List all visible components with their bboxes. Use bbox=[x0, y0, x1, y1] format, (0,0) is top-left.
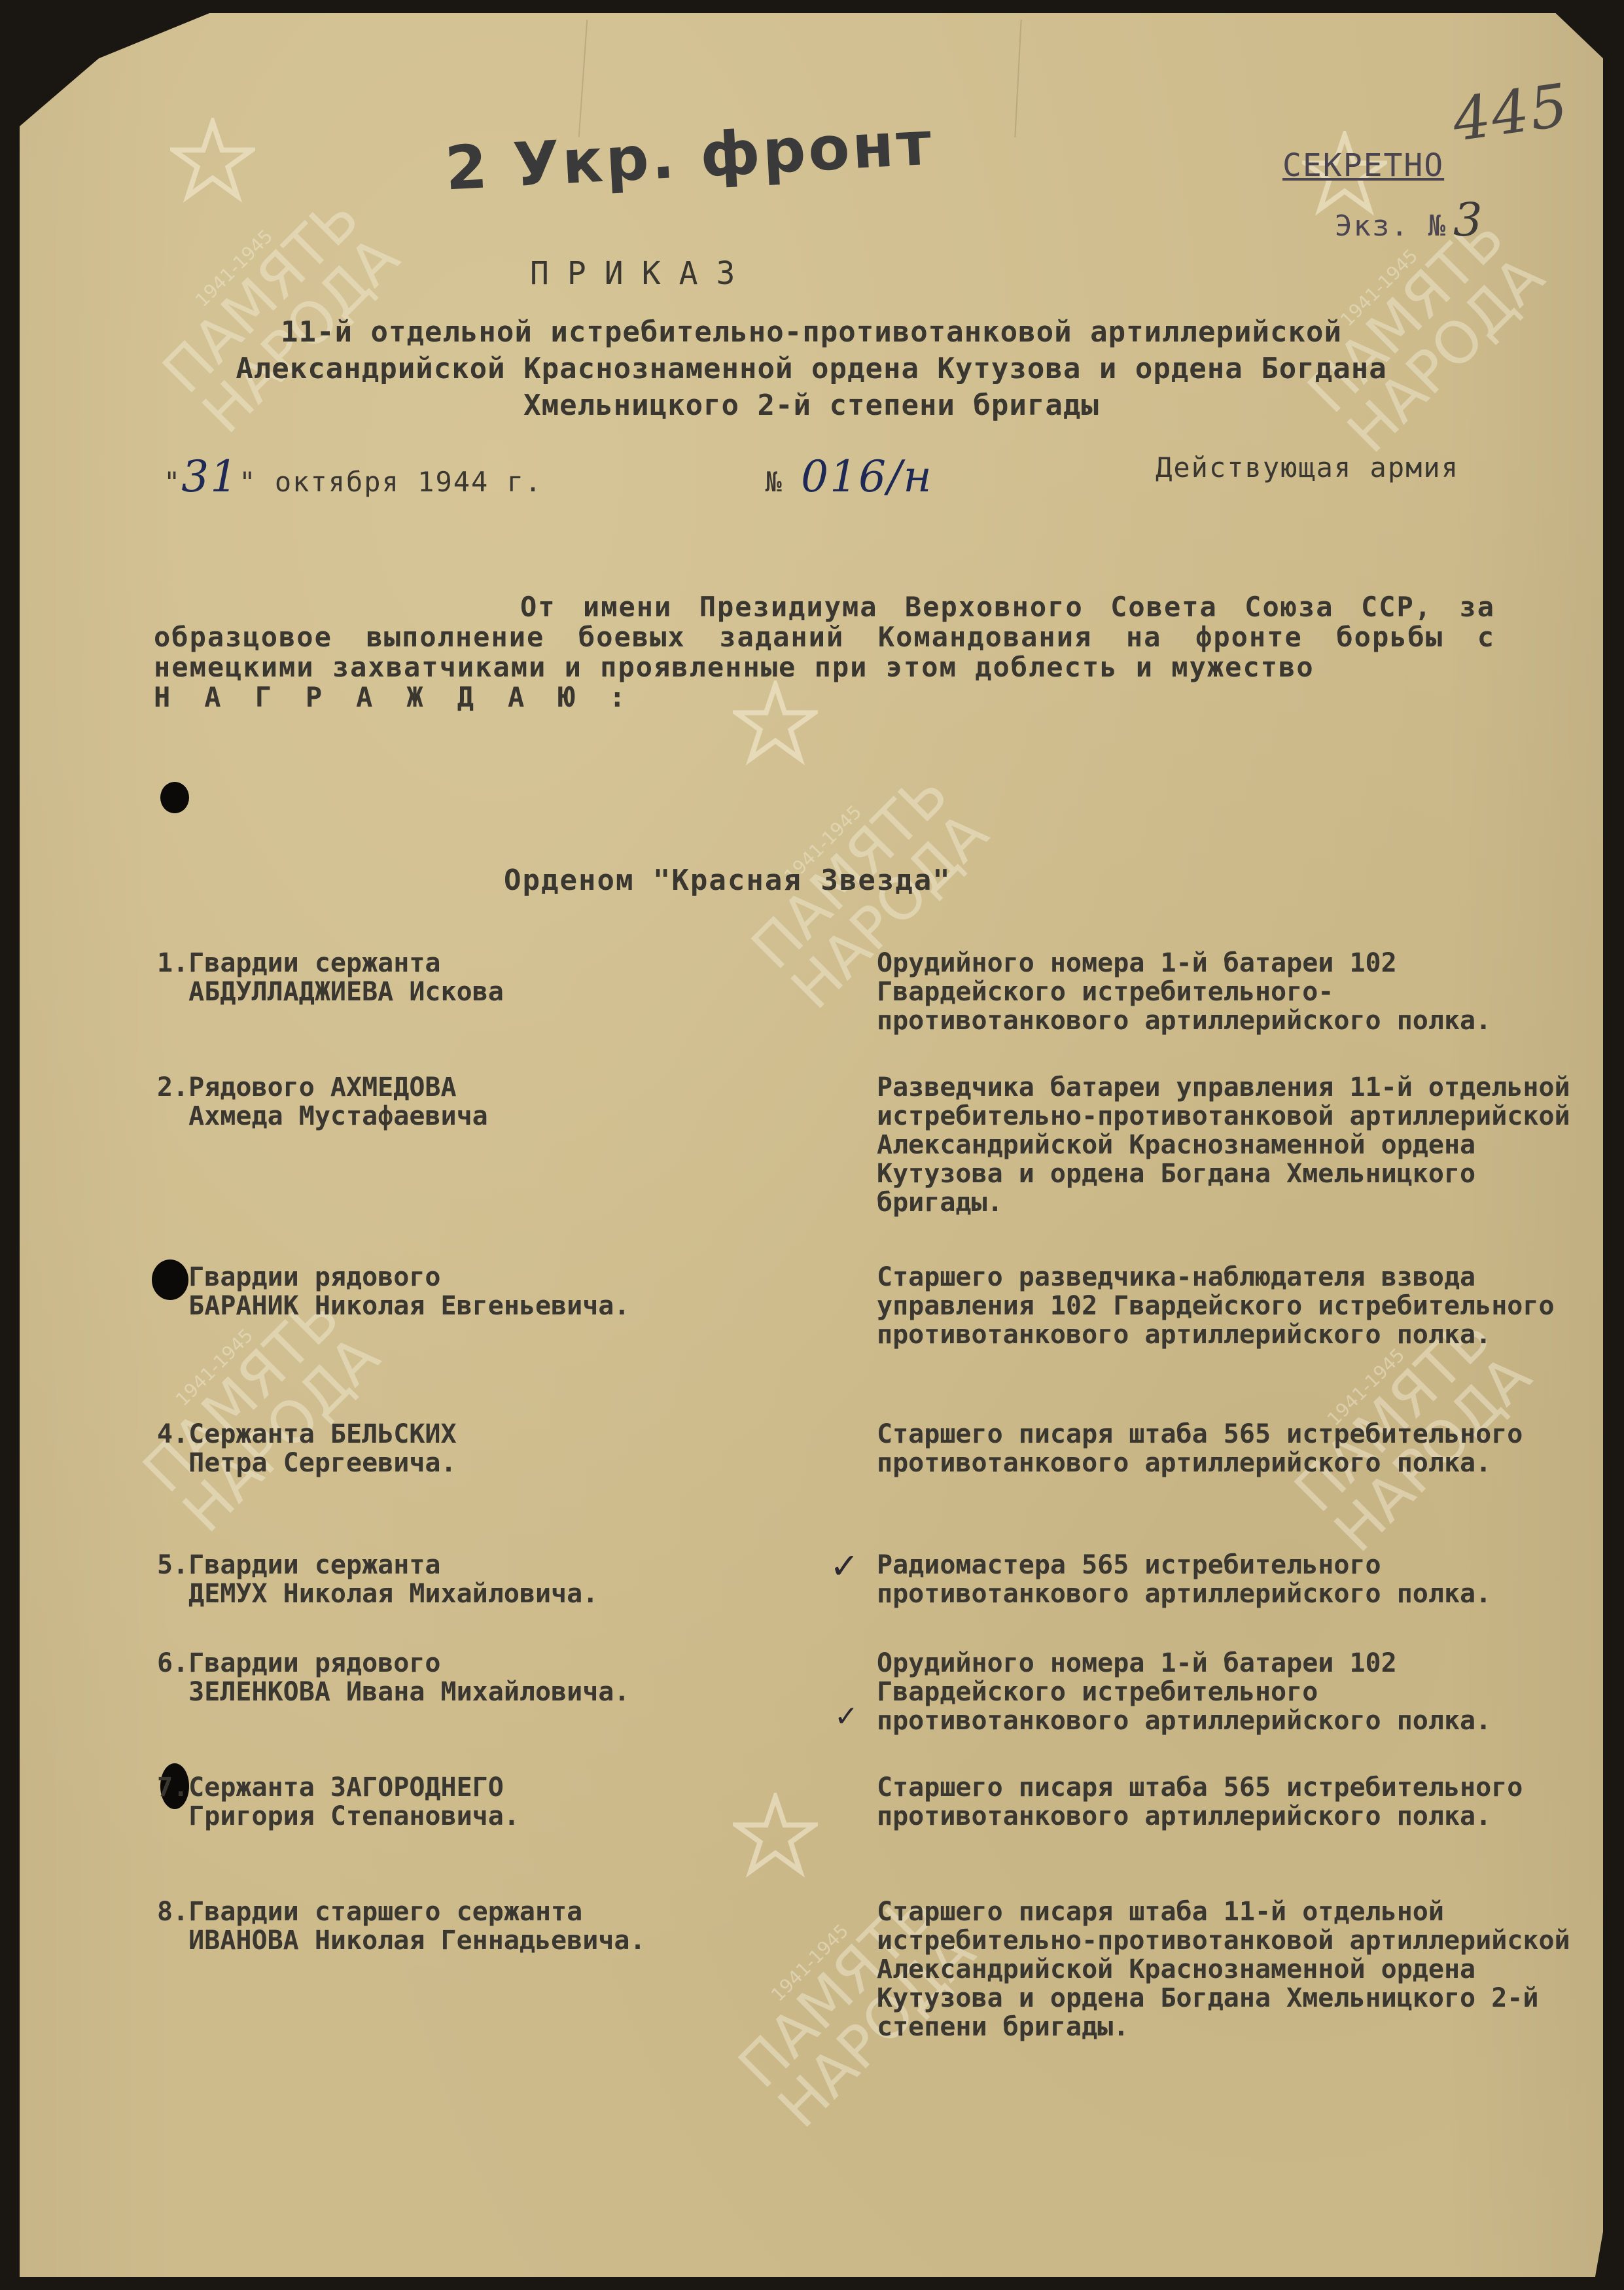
recipient-position: Старшего писаря штаба 565 истребительног… bbox=[877, 1773, 1583, 1831]
recipient-position: Орудийного номера 1-й батареи 102 Гварде… bbox=[877, 1649, 1583, 1735]
recipient-position: Старшего писаря штаба 11-й отдельной ист… bbox=[877, 1897, 1583, 2041]
order-date: "31" октября 1944 г. bbox=[164, 451, 542, 502]
date-line: "31" октября 1944 г. № 016/н Действующая… bbox=[164, 451, 1459, 502]
awarded-word: НАГРАЖДАЮ: bbox=[154, 682, 1495, 713]
recipient-name: 2.Рядового АХМЕДОВА Ахмеда Мустафаевича bbox=[157, 1073, 488, 1131]
recipient-name: 3.Гвардии рядового БАРАНИК Николая Евген… bbox=[157, 1263, 629, 1320]
award-heading: Орденом "Красная Звезда" bbox=[504, 864, 951, 897]
recipient-name: 7.Сержанта ЗАГОРОДНЕГО Григория Степанов… bbox=[157, 1773, 520, 1831]
document-title: ПРИКАЗ bbox=[530, 255, 753, 292]
checkmark-icon: ✓ bbox=[834, 1700, 858, 1733]
recipient-name: 6.Гвардии рядового ЗЕЛЕНКОВА Ивана Михай… bbox=[157, 1649, 629, 1706]
copy-number: Экз. №3 bbox=[1335, 193, 1484, 247]
order-number: № 016/н bbox=[766, 451, 933, 502]
punch-hole bbox=[160, 782, 189, 813]
order-location: Действующая армия bbox=[1156, 451, 1459, 502]
recipient-name: 1.Гвардии сержанта АБДУЛЛАДЖИЕВА Искова bbox=[157, 949, 504, 1006]
recipient-position: Старшего писаря штаба 565 истребительног… bbox=[877, 1420, 1583, 1477]
recipient-name: 8.Гвардии старшего сержанта ИВАНОВА Нико… bbox=[157, 1897, 646, 1955]
preamble: От имени Президиума Верховного Совета Со… bbox=[154, 592, 1495, 713]
recipient-position: Разведчика батареи управления 11-й отдел… bbox=[877, 1073, 1583, 1217]
recipient-name: 4.Сержанта БЕЛЬСКИХ Петра Сергеевича. bbox=[157, 1420, 457, 1477]
recipient-name: 5.Гвардии сержанта ДЕМУХ Николая Михайло… bbox=[157, 1551, 598, 1608]
checkmark-icon: ✓ bbox=[830, 1545, 859, 1587]
recipient-position: Радиомастера 565 истребительного противо… bbox=[877, 1551, 1583, 1608]
unit-header: 11-й отдельной истребительно-противотанк… bbox=[164, 314, 1459, 424]
recipient-position: Старшего разведчика-наблюдателя взвода у… bbox=[877, 1263, 1583, 1349]
classification-stamp: СЕКРЕТНО bbox=[1282, 147, 1444, 184]
recipient-position: Орудийного номера 1-й батареи 102 Гварде… bbox=[877, 949, 1583, 1035]
